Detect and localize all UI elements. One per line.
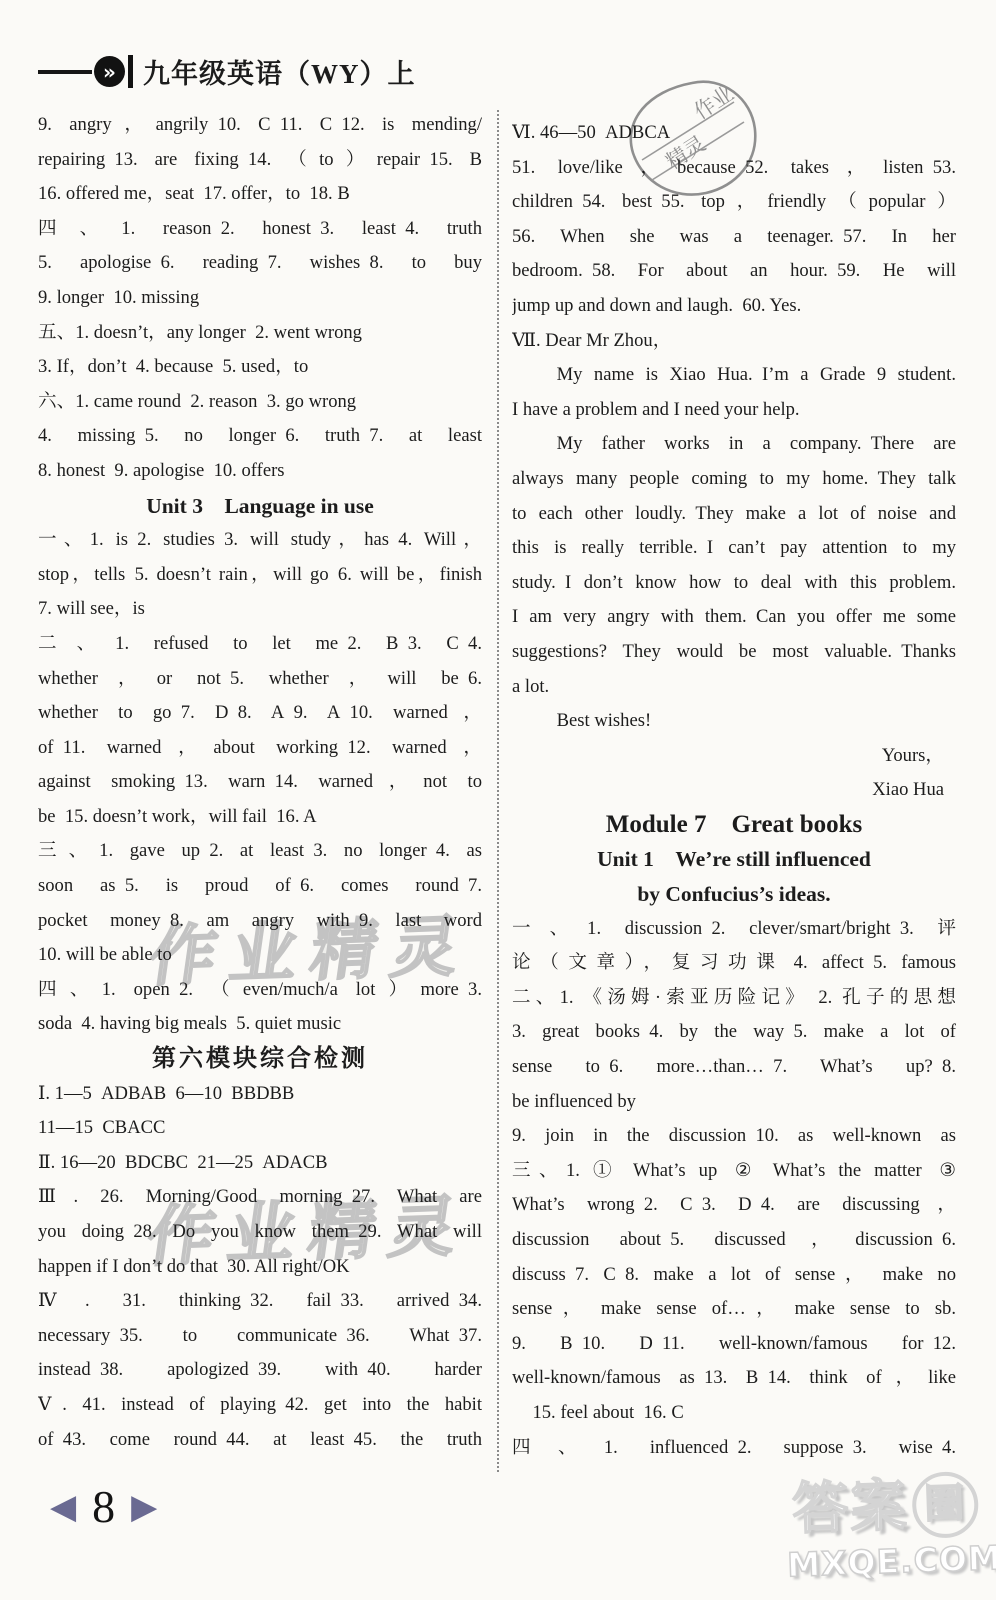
answer-line: Xiao Hua	[512, 773, 956, 808]
answer-line: be 15. doesn’t work，will fail 16. A	[38, 800, 482, 835]
answer-line: study. I don’t know how to deal with thi…	[512, 566, 956, 601]
answer-line: 11—15 CBACC	[38, 1111, 482, 1146]
answer-line: Ⅶ. Dear Mr Zhou，	[512, 324, 956, 359]
answer-line: 四、1. influenced 2. suppose 3. wise 4.	[512, 1431, 956, 1466]
answer-line: 15. feel about 16. C	[512, 1396, 956, 1431]
answer-line: 一、1. is 2. studies 3. will study，has 4. …	[38, 523, 482, 558]
site-brand: 答案圈	[784, 1471, 986, 1544]
answer-line: Best wishes!	[512, 704, 956, 739]
column-divider	[497, 110, 499, 1472]
answer-line: suggestions? They would be most valuable…	[512, 635, 956, 670]
site-domain: MXQE.COM	[787, 1539, 988, 1585]
answer-line: 二、1. refused to let me 2. B 3. C 4.	[38, 627, 482, 662]
answer-line: instead 38. apologized 39. with 40. hard…	[38, 1353, 482, 1388]
answer-line: 三、1. ① What’s up ② What’s the matter ③	[512, 1154, 956, 1189]
answer-line: 4. missing 5. no longer 6. truth 7. at l…	[38, 419, 482, 454]
answer-line: 第六模块综合检测	[38, 1042, 482, 1077]
answer-line: sense， make sense of…， make sense to sb.	[512, 1292, 956, 1327]
answer-line: I am very angry with them. Can you offer…	[512, 600, 956, 635]
answer-line: whether，or not 5. whether，will be 6.	[38, 662, 482, 697]
answer-line: 56. When she was a teenager. 57. In her	[512, 220, 956, 255]
fast-forward-icon: »	[94, 56, 125, 87]
answer-line: soda 4. having big meals 5. quiet music	[38, 1007, 482, 1042]
answer-line: Ⅰ. 1—5 ADBAB 6—10 BBDBB	[38, 1077, 482, 1112]
answer-line: My father works in a company. There are	[512, 427, 956, 462]
answer-line: of 11. warned，about working 12. warned，	[38, 731, 482, 766]
answer-line: repairing 13. are fixing 14. （to）repair …	[38, 143, 482, 178]
answer-line: by Confucius’s ideas.	[512, 877, 956, 912]
answer-line: a lot.	[512, 670, 956, 705]
answer-line: Unit 3 Language in use	[38, 489, 482, 524]
answer-line: Ⅴ. 41. instead of playing 42. get into t…	[38, 1388, 482, 1423]
answer-line: stop，tells 5. doesn’t rain，will go 6. wi…	[38, 558, 482, 593]
answer-line: 51. love/like，because 52. takes，listen 5…	[512, 151, 956, 186]
answer-line: 二、1. 《汤姆·索亚历险记》 2. 孔子的思想	[512, 981, 956, 1016]
answer-line: whether to go 7. D 8. A 9. A 10. warned，	[38, 696, 482, 731]
site-brand-text: 答案	[791, 1475, 909, 1541]
answer-line: discussion about 5. discussed，discussion…	[512, 1223, 956, 1258]
answer-line: of 43. come round 44. at least 45. the t…	[38, 1423, 482, 1458]
scanned-answer-page: » 九年级英语（WY）上 作业 精灵 作业精灵 作业精灵 9. angry，an…	[0, 0, 996, 1600]
answer-line: Ⅵ. 46—50 ADBCA	[512, 116, 956, 151]
answer-line: Unit 1 We’re still influenced	[512, 842, 956, 877]
answer-line: 16. offered me，seat 17. offer，to 18. B	[38, 177, 482, 212]
answer-line: 四、1. reason 2. honest 3. least 4. truth	[38, 212, 482, 247]
next-page-icon: ▶	[131, 1490, 157, 1524]
answer-line: 9. angry，angrily 10. C 11. C 12. is mend…	[38, 108, 482, 143]
answer-line: necessary 35. to communicate 36. What 37…	[38, 1319, 482, 1354]
answer-line: 9. join in the discussion 10. as well-kn…	[512, 1119, 956, 1154]
answer-line: 7. will see，is	[38, 592, 482, 627]
answer-line: 5. apologise 6. reading 7. wishes 8. to …	[38, 246, 482, 281]
answer-line: My name is Xiao Hua. I’m a Grade 9 stude…	[512, 358, 956, 393]
answer-line: 3. great books 4. by the way 5. make a l…	[512, 1015, 956, 1050]
answer-line: 六、1. came round 2. reason 3. go wrong	[38, 385, 482, 420]
answer-line: to each other loudly. They make a lot of…	[512, 497, 956, 532]
answer-line: this is really terrible. I can’t pay att…	[512, 531, 956, 566]
answer-line: 五、1. doesn’t，any longer 2. went wrong	[38, 316, 482, 351]
answer-line: children 54. best 55. top，friendly（popul…	[512, 185, 956, 220]
answer-line: 四、1. open 2. （even/much/a lot）more 3.	[38, 973, 482, 1008]
answer-line: I have a problem and I need your help.	[512, 393, 956, 428]
page-navigation: ◀ 8 ▶	[50, 1484, 157, 1530]
answer-line: Ⅲ. 26. Morning/Good morning 27. What are	[38, 1180, 482, 1215]
header-divider-bar	[128, 55, 133, 88]
answer-line: 8. honest 9. apologise 10. offers	[38, 454, 482, 489]
header-rule	[38, 70, 92, 74]
answer-line: jump up and down and laugh. 60. Yes.	[512, 289, 956, 324]
answer-line: Ⅱ. 16—20 BDCBC 21—25 ADACB	[38, 1146, 482, 1181]
answer-line: 一、1. discussion 2. clever/smart/bright 3…	[512, 912, 956, 947]
answer-line: What’s wrong 2. C 3. D 4. are discussing…	[512, 1188, 956, 1223]
page-number: 8	[92, 1484, 115, 1530]
answer-line: well-known/famous as 13. B 14. think of，…	[512, 1361, 956, 1396]
book-title: 九年级英语（WY）上	[143, 52, 416, 91]
answer-line: 论（文章），复习功课 4. affect 5. famous	[512, 946, 956, 981]
answer-line: 3. If，don’t 4. because 5. used，to	[38, 350, 482, 385]
answer-line: pocket money 8. am angry with 9. last wo…	[38, 904, 482, 939]
answer-line: 9. longer 10. missing	[38, 281, 482, 316]
answer-line: 三、1. gave up 2. at least 3. no longer 4.…	[38, 834, 482, 869]
answer-line: bedroom. 58. For about an hour. 59. He w…	[512, 254, 956, 289]
answer-line: be influenced by	[512, 1085, 956, 1120]
answer-line: soon as 5. is proud of 6. comes round 7.	[38, 869, 482, 904]
page-header: » 九年级英语（WY）上	[38, 52, 416, 91]
answer-line: against smoking 13. warn 14. warned，not …	[38, 765, 482, 800]
answer-line: Ⅳ. 31. thinking 32. fail 33. arrived 34.	[38, 1284, 482, 1319]
site-brand-circled-char: 圈	[911, 1471, 979, 1539]
answer-line: Module 7 Great books	[512, 808, 956, 843]
answer-line: sense to 6. more…than… 7. What’s up? 8.	[512, 1050, 956, 1085]
answer-line: Yours，	[512, 739, 956, 774]
answer-line: 10. will be able to	[38, 938, 482, 973]
answer-line: 9. B 10. D 11. well-known/famous for 12.	[512, 1327, 956, 1362]
left-column: 9. angry，angrily 10. C 11. C 12. is mend…	[38, 108, 482, 1457]
answer-line: discuss 7. C 8. make a lot of sense， mak…	[512, 1258, 956, 1293]
site-watermark: 答案圈 MXQE.COM	[784, 1471, 988, 1585]
answer-line: always many people coming to my home. Th…	[512, 462, 956, 497]
answer-line: happen if I don’t do that 30. All right/…	[38, 1250, 482, 1285]
right-column: Ⅵ. 46—50 ADBCA51. love/like，because 52. …	[512, 116, 956, 1465]
prev-page-icon: ◀	[50, 1490, 76, 1524]
answer-line: you doing 28. Do you know them 29. What …	[38, 1215, 482, 1250]
